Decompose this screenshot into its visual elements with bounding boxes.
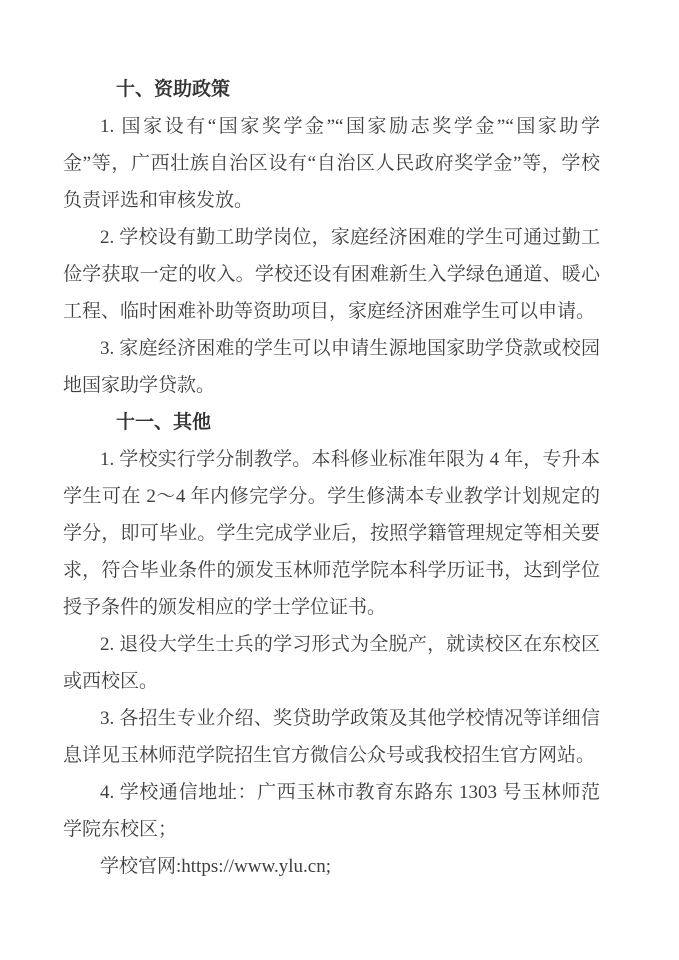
document-page: 十、资助政策 1. 国家设有“国家奖学金”“国家励志奖学金”“国家助学金”等，广… bbox=[0, 0, 679, 960]
paragraph-veteran-students: 2. 退役大学生士兵的学习形式为全脱产，就读校区在东校区或西校区。 bbox=[63, 626, 600, 700]
paragraph-credit-system: 1. 学校实行学分制教学。本科修业标准年限为 4 年，专升本学生可在 2～4 年… bbox=[63, 441, 600, 626]
section-heading-funding-policy: 十、资助政策 bbox=[63, 71, 600, 108]
paragraph-student-loans: 3. 家庭经济困难的学生可以申请生源地国家助学贷款或校园地国家助学贷款。 bbox=[63, 330, 600, 404]
document-content: 十、资助政策 1. 国家设有“国家奖学金”“国家励志奖学金”“国家助学金”等，广… bbox=[63, 71, 600, 885]
paragraph-work-study: 2. 学校设有勤工助学岗位，家庭经济困难的学生可通过勤工俭学获取一定的收入。学校… bbox=[63, 219, 600, 330]
paragraph-mailing-address: 4. 学校通信地址：广西玉林市教育东路东 1303 号玉林师范学院东校区； bbox=[63, 774, 600, 848]
paragraph-official-website: 学校官网:https://www.ylu.cn; bbox=[63, 848, 600, 885]
section-heading-others: 十一、其他 bbox=[63, 404, 600, 441]
paragraph-national-scholarships: 1. 国家设有“国家奖学金”“国家励志奖学金”“国家助学金”等，广西壮族自治区设… bbox=[63, 108, 600, 219]
paragraph-admission-info: 3. 各招生专业介绍、奖贷助学政策及其他学校情况等详细信息详见玉林师范学院招生官… bbox=[63, 700, 600, 774]
